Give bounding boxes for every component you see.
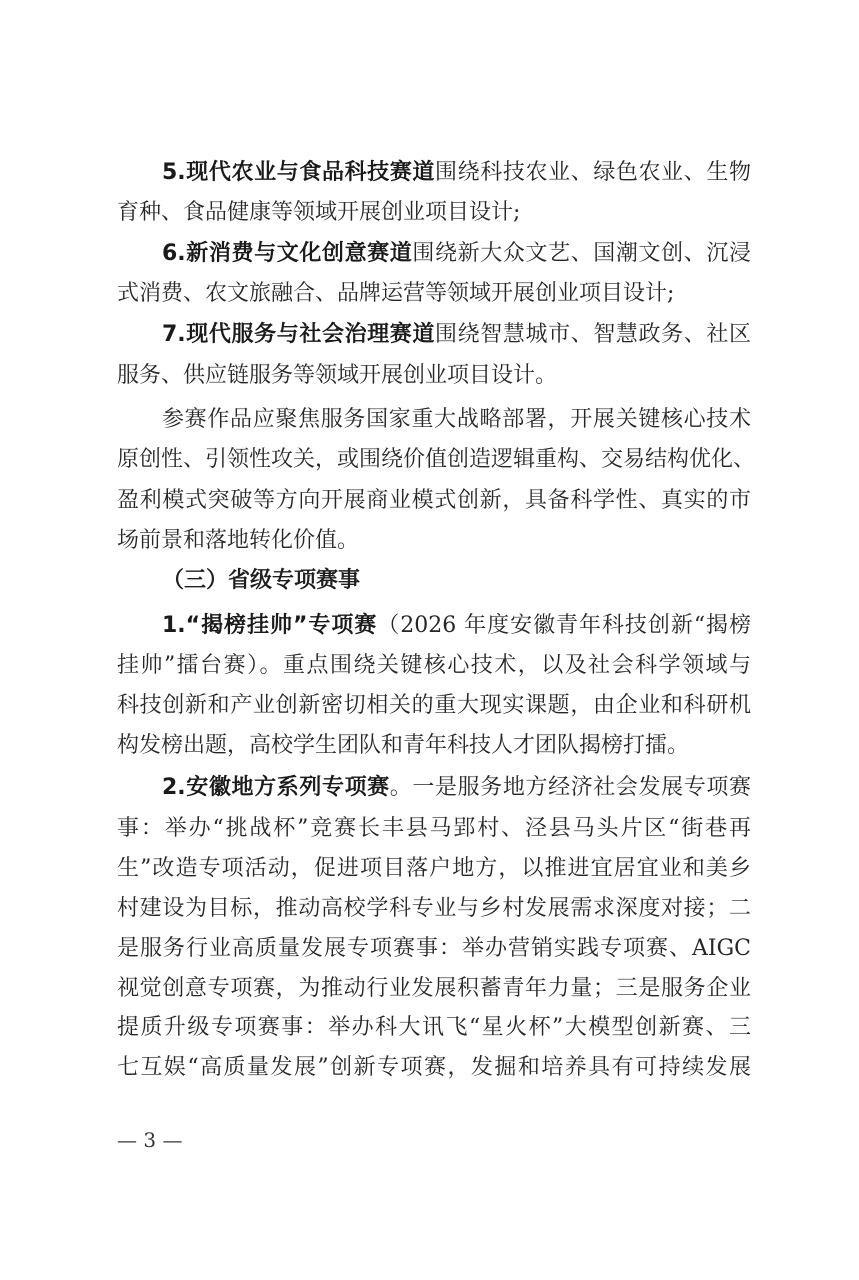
section-heading: （三）省级专项赛事	[162, 566, 751, 596]
item-2-line-7: 提质升级专项赛事：举办科大讯飞“星火杯”大模型创新赛、三	[117, 1013, 751, 1043]
track-7-title: 7.现代服务与社会治理赛道	[162, 322, 435, 347]
item-2-line-1: 2.安徽地方系列专项赛。一是服务地方经济社会发展专项赛	[162, 773, 751, 803]
item-2-line-8: 七互娱“高质量发展”创新专项赛，发掘和培养具有可持续发展	[117, 1053, 751, 1083]
item-1-line-3: 科技创新和产业创新密切相关的重大现实课题，由企业和科研机	[117, 691, 751, 721]
track-7-text: 围绕智慧城市、智慧政务、社区	[435, 322, 751, 347]
paragraph-track-5-line-1: 5.现代农业与食品科技赛道围绕科技农业、绿色农业、生物	[162, 158, 751, 188]
track-5-text: 围绕科技农业、绿色农业、生物	[435, 160, 751, 185]
page-number: — 3 —	[117, 1126, 182, 1154]
document-page: 5.现代农业与食品科技赛道围绕科技农业、绿色农业、生物 育种、食品健康等领域开展…	[0, 0, 859, 1280]
item-2-line-5: 是服务行业高质量发展专项赛事：举办营销实践专项赛、AIGC	[117, 934, 751, 964]
item-2-text: 。一是服务地方经济社会发展专项赛	[390, 775, 751, 800]
item-1-line-1: 1.“揭榜挂帅”专项赛（2026 年度安徽青年科技创新“揭榜	[162, 611, 751, 641]
item-1-line-4: 构发榜出题，高校学生团队和青年科技人才团队揭榜打擂。	[117, 731, 751, 761]
item-1-line-2: 挂帅”擂台赛）。重点围绕关键核心技术，以及社会科学领域与	[117, 651, 751, 681]
item-1-text: （2026 年度安徽青年科技创新“揭榜	[377, 613, 751, 638]
paragraph-requirements-line-2: 原创性、引领性攻关，或围绕价值创造逻辑重构、交易结构优化、	[117, 445, 751, 475]
item-2-line-4: 村建设为目标，推动高校学科专业与乡村发展需求深度对接；二	[117, 894, 751, 924]
item-2-title: 2.安徽地方系列专项赛	[162, 775, 390, 800]
paragraph-requirements-line-4: 场前景和落地转化价值。	[117, 526, 751, 556]
paragraph-track-7-line-1: 7.现代服务与社会治理赛道围绕智慧城市、智慧政务、社区	[162, 320, 751, 350]
item-2-line-2: 事：举办“挑战杯”竞赛长丰县马郢村、泾县马头片区“街巷再	[117, 814, 751, 844]
track-5-title: 5.现代农业与食品科技赛道	[162, 160, 435, 185]
paragraph-track-5-line-2: 育种、食品健康等领域开展创业项目设计;	[117, 198, 751, 228]
track-6-text: 围绕新大众文艺、国潮文创、沉浸	[412, 241, 751, 266]
paragraph-track-7-line-2: 服务、供应链服务等领域开展创业项目设计。	[117, 361, 751, 391]
item-2-line-3: 生”改造专项活动，促进项目落户地方，以推进宜居宜业和美乡	[117, 854, 751, 884]
item-2-line-6: 视觉创意专项赛，为推动行业发展积蓄青年力量；三是服务企业	[117, 974, 751, 1004]
paragraph-track-6-line-1: 6.新消费与文化创意赛道围绕新大众文艺、国潮文创、沉浸	[162, 239, 751, 269]
item-1-title: 1.“揭榜挂帅”专项赛	[162, 613, 377, 638]
paragraph-requirements-line-1: 参赛作品应聚焦服务国家重大战略部署，开展关键核心技术	[162, 405, 751, 435]
track-6-title: 6.新消费与文化创意赛道	[162, 241, 412, 266]
paragraph-requirements-line-3: 盈利模式突破等方向开展商业模式创新，具备科学性、真实的市	[117, 486, 751, 516]
paragraph-track-6-line-2: 式消费、农文旅融合、品牌运营等领域开展创业项目设计;	[117, 279, 751, 309]
